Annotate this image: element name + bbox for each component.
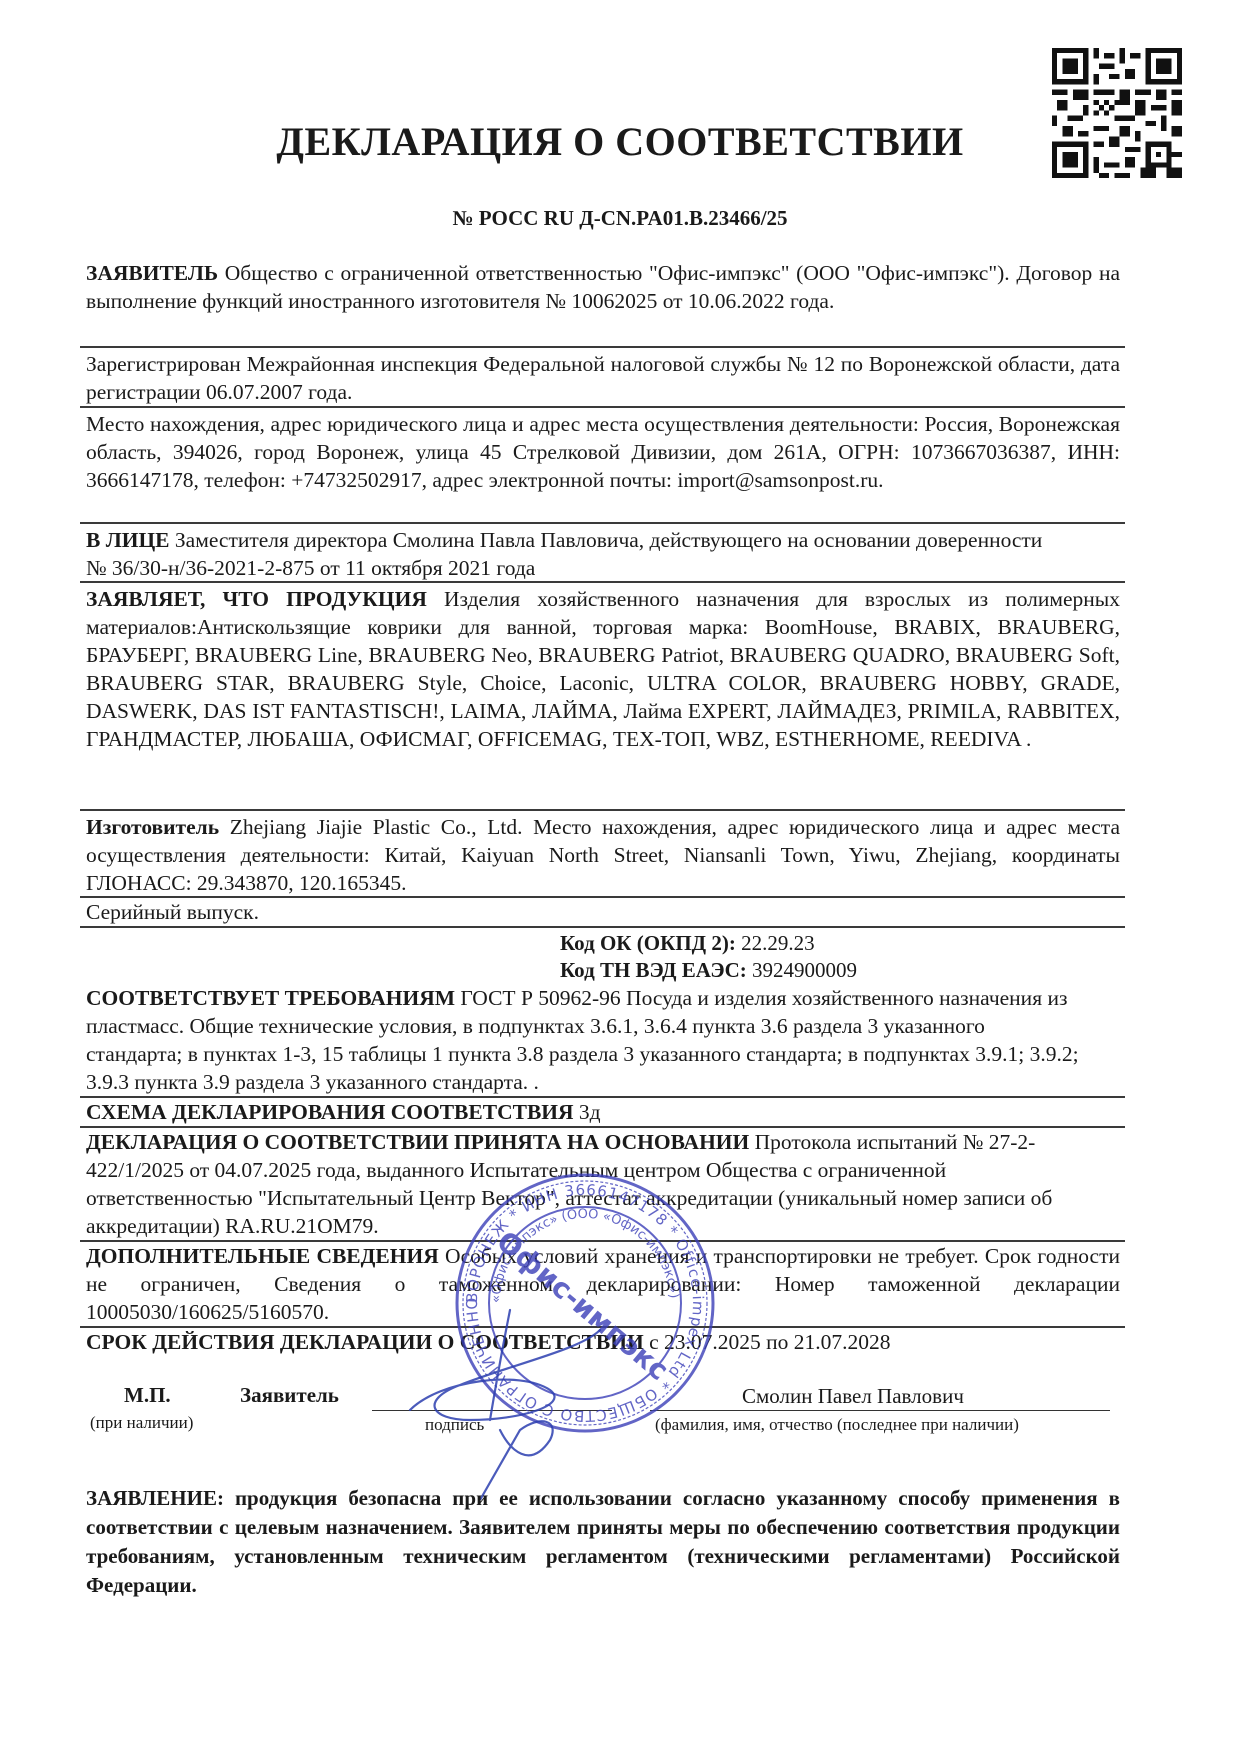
- manufacturer-text: Zhejiang Jiajie Plastic Co., Ltd. Место …: [86, 815, 1120, 895]
- basis-label: ДЕКЛАРАЦИЯ О СООТВЕТСТВИИ ПРИНЯТА НА ОСН…: [86, 1130, 749, 1154]
- divider: [80, 926, 1125, 928]
- applicant-section: ЗАЯВИТЕЛЬ Общество с ограниченной ответс…: [86, 259, 1120, 315]
- divider: [80, 809, 1125, 811]
- divider: [80, 581, 1125, 583]
- address-text: Место нахождения, адрес юридического лиц…: [86, 412, 1120, 492]
- scheme-label: СХЕМА ДЕКЛАРИРОВАНИЯ СООТВЕТСТВИЯ: [86, 1100, 574, 1124]
- tnved-code: Код ТН ВЭД ЕАЭС: 3924900009: [560, 957, 857, 984]
- mp-label: М.П.: [124, 1383, 171, 1408]
- product-text: Изделия хозяйственного назначения для вз…: [86, 587, 1120, 751]
- product-label: ЗАЯВЛЯЕТ, ЧТО ПРОДУКЦИЯ: [86, 587, 427, 611]
- representative-label: В ЛИЦЕ: [86, 528, 170, 552]
- tnved-label: Код ТН ВЭД ЕАЭС:: [560, 958, 747, 982]
- okpd-code: Код ОК (ОКПД 2): 22.29.23: [560, 930, 815, 957]
- additional-label: ДОПОЛНИТЕЛЬНЫЕ СВЕДЕНИЯ: [86, 1244, 439, 1268]
- basis-section: ДЕКЛАРАЦИЯ О СООТВЕТСТВИИ ПРИНЯТА НА ОСН…: [86, 1128, 1086, 1240]
- additional-section: ДОПОЛНИТЕЛЬНЫЕ СВЕДЕНИЯ Особых условий х…: [86, 1242, 1120, 1326]
- divider: [80, 522, 1125, 524]
- declaration-page: ДЕКЛАРАЦИЯ О СООТВЕТСТВИИ № РОСС RU Д-CN…: [0, 0, 1240, 1754]
- applicant-signature-label: Заявитель: [240, 1383, 339, 1408]
- validity-label: СРОК ДЕЙСТВИЯ ДЕКЛАРАЦИИ О СООТВЕТСТВИИ: [86, 1330, 644, 1354]
- product-section: ЗАЯВЛЯЕТ, ЧТО ПРОДУКЦИЯ Изделия хозяйств…: [86, 585, 1120, 753]
- name-line: [650, 1410, 1110, 1411]
- representative-section: В ЛИЦЕ Заместителя директора Смолина Пав…: [86, 526, 1066, 582]
- registration-section: Зарегистрирован Межрайонная инспекция Фе…: [86, 350, 1120, 406]
- manufacturer-label: Изготовитель: [86, 815, 219, 839]
- address-section: Место нахождения, адрес юридического лиц…: [86, 410, 1120, 494]
- mp-note: (при наличии): [90, 1413, 193, 1433]
- declaration-number: № РОСС RU Д-CN.PA01.B.23466/25: [0, 206, 1240, 231]
- validity-text: с 23.07.2025 по 21.07.2028: [649, 1330, 890, 1354]
- safety-statement: ЗАЯВЛЕНИЕ: продукция безопасна при ее ис…: [86, 1484, 1120, 1600]
- tnved-value: 3924900009: [752, 958, 857, 982]
- registration-text: Зарегистрирован Межрайонная инспекция Фе…: [86, 352, 1120, 404]
- scheme-value: 3д: [579, 1100, 601, 1124]
- requirements-section: СООТВЕТСТВУЕТ ТРЕБОВАНИЯМ ГОСТ Р 50962-9…: [86, 984, 1086, 1096]
- signer-name: Смолин Павел Павлович: [742, 1384, 964, 1409]
- okpd-label: Код ОК (ОКПД 2):: [560, 931, 736, 955]
- production-section: Серийный выпуск.: [86, 898, 1120, 926]
- scheme-section: СХЕМА ДЕКЛАРИРОВАНИЯ СООТВЕТСТВИЯ 3д: [86, 1098, 1120, 1126]
- manufacturer-section: Изготовитель Zhejiang Jiajie Plastic Co.…: [86, 813, 1120, 897]
- signature-line: [372, 1410, 612, 1411]
- applicant-label: ЗАЯВИТЕЛЬ: [86, 261, 218, 285]
- name-caption: (фамилия, имя, отчество (последнее при н…: [655, 1415, 1019, 1435]
- divider: [80, 406, 1125, 408]
- applicant-text: Общество с ограниченной ответственностью…: [86, 261, 1120, 313]
- signature-caption: подпись: [425, 1415, 484, 1435]
- representative-text: Заместителя директора Смолина Павла Павл…: [86, 528, 1042, 580]
- okpd-value: 22.29.23: [741, 931, 815, 955]
- validity-section: СРОК ДЕЙСТВИЯ ДЕКЛАРАЦИИ О СООТВЕТСТВИИ …: [86, 1328, 1120, 1356]
- requirements-label: СООТВЕТСТВУЕТ ТРЕБОВАНИЯМ: [86, 986, 455, 1010]
- divider: [80, 346, 1125, 348]
- document-title: ДЕКЛАРАЦИЯ О СООТВЕТСТВИИ: [0, 118, 1240, 165]
- production-text: Серийный выпуск.: [86, 900, 259, 924]
